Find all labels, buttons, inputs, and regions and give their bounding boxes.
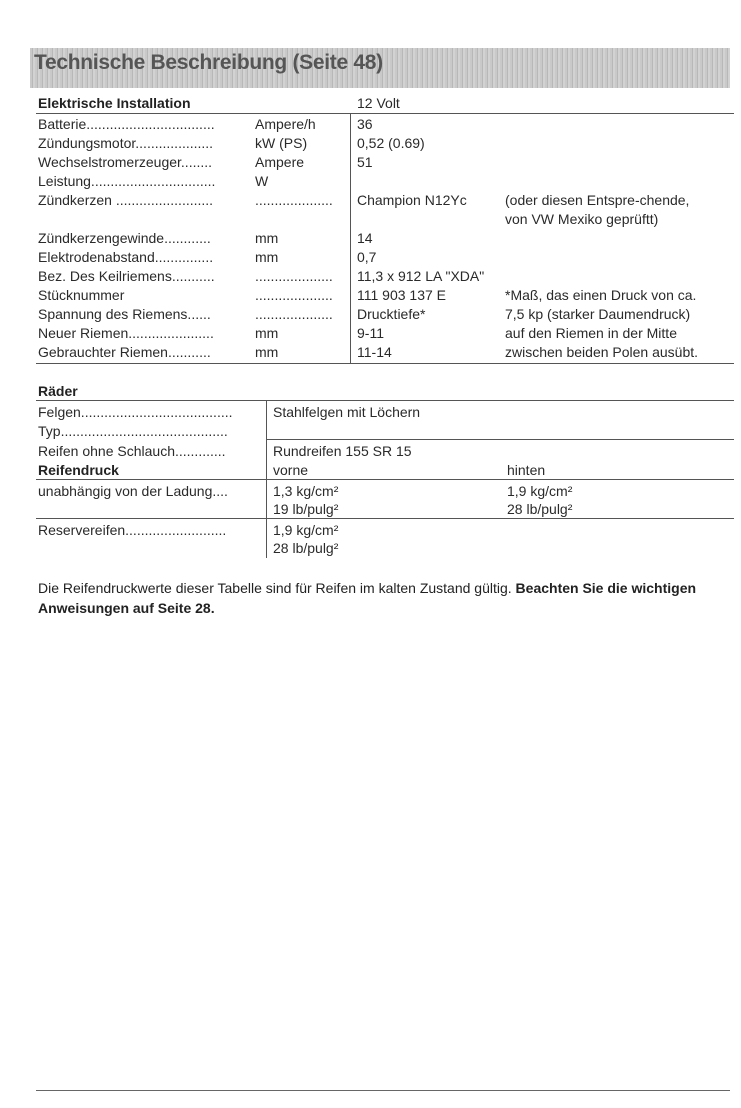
electrical-value: 111 903 137 E bbox=[357, 286, 446, 305]
electrical-value: 9-11 bbox=[357, 324, 384, 343]
rear-label: hinten bbox=[507, 461, 545, 480]
footer-rule bbox=[36, 1090, 730, 1091]
wheels-heading: Räder bbox=[38, 382, 78, 401]
divider bbox=[36, 479, 734, 480]
electrical-value: 11,3 x 912 LA "XDA" bbox=[357, 267, 484, 286]
electrical-note: (oder diesen Entspre-chende, bbox=[505, 191, 689, 210]
electrical-label: Spannung des Riemens...... bbox=[38, 305, 211, 324]
electrical-unit: kW (PS) bbox=[255, 134, 307, 153]
section-banner: Technische Beschreibung (Seite 48) bbox=[30, 48, 730, 88]
divider bbox=[350, 113, 351, 363]
electrical-unit: mm bbox=[255, 343, 278, 362]
front-kg: 1,3 kg/cm² bbox=[273, 482, 338, 501]
electrical-unit: mm bbox=[255, 229, 278, 248]
electrical-value: Champion N12Yc bbox=[357, 191, 467, 210]
electrical-unit: Ampere bbox=[255, 153, 304, 172]
typ-label: Typ.....................................… bbox=[38, 422, 228, 441]
felgen-value: Stahlfelgen mit Löchern bbox=[273, 403, 420, 422]
electrical-unit: Ampere/h bbox=[255, 115, 316, 134]
page-title: Technische Beschreibung (Seite 48) bbox=[34, 51, 383, 75]
electrical-note: auf den Riemen in der Mitte bbox=[505, 324, 677, 343]
electrical-value: 11-14 bbox=[357, 343, 392, 362]
spare-lb: 28 lb/pulg² bbox=[273, 539, 338, 558]
electrical-value: 36 bbox=[357, 115, 373, 134]
divider bbox=[36, 400, 734, 401]
load-label: unabhängig von der Ladung.... bbox=[38, 482, 228, 501]
electrical-label: Bez. Des Keilriemens........... bbox=[38, 267, 215, 286]
rear-kg: 1,9 kg/cm² bbox=[507, 482, 572, 501]
electrical-label: Stücknummer bbox=[38, 286, 124, 305]
electrical-unit: mm bbox=[255, 248, 278, 267]
rear-lb: 28 lb/pulg² bbox=[507, 500, 572, 519]
electrical-label: Elektrodenabstand............... bbox=[38, 248, 213, 267]
footnote-normal: Die Reifendruckwerte dieser Tabelle sind… bbox=[38, 580, 516, 596]
electrical-value: 0,7 bbox=[357, 248, 376, 267]
electrical-label: Zündkerzen ......................... bbox=[38, 191, 213, 210]
voltage-value: 12 Volt bbox=[357, 94, 400, 113]
electrical-label: Wechselstromerzeuger........ bbox=[38, 153, 212, 172]
electrical-label: Leistung................................ bbox=[38, 172, 215, 191]
electrical-label: Neuer Riemen...................... bbox=[38, 324, 214, 343]
electrical-note: von VW Mexiko geprüftt) bbox=[505, 210, 658, 229]
electrical-note: 7,5 kp (starker Daumendruck) bbox=[505, 305, 690, 324]
electrical-unit: .................... bbox=[255, 286, 333, 305]
divider bbox=[266, 439, 734, 440]
reifen-value: Rundreifen 155 SR 15 bbox=[273, 442, 412, 461]
electrical-value: 51 bbox=[357, 153, 373, 172]
electrical-label: Batterie................................… bbox=[38, 115, 215, 134]
front-lb: 19 lb/pulg² bbox=[273, 500, 338, 519]
divider bbox=[36, 518, 734, 519]
electrical-label: Zündkerzengewinde............ bbox=[38, 229, 211, 248]
electrical-unit: .................... bbox=[255, 267, 333, 286]
electrical-label: Zündungsmotor.................... bbox=[38, 134, 213, 153]
pressure-heading: Reifendruck bbox=[38, 461, 119, 480]
divider bbox=[36, 363, 734, 364]
reifen-label: Reifen ohne Schlauch............. bbox=[38, 442, 226, 461]
footnote: Die Reifendruckwerte dieser Tabelle sind… bbox=[38, 578, 728, 618]
electrical-value: Drucktiefe* bbox=[357, 305, 425, 324]
electrical-note: zwischen beiden Polen ausübt. bbox=[505, 343, 698, 362]
electrical-unit: W bbox=[255, 172, 268, 191]
electrical-label: Gebrauchter Riemen........... bbox=[38, 343, 211, 362]
electrical-unit: mm bbox=[255, 324, 278, 343]
electrical-value: 14 bbox=[357, 229, 373, 248]
electrical-note: *Maß, das einen Druck von ca. bbox=[505, 286, 696, 305]
electrical-value: 0,52 (0.69) bbox=[357, 134, 425, 153]
divider bbox=[36, 113, 734, 114]
electrical-heading: Elektrische Installation bbox=[38, 94, 191, 113]
spare-label: Reservereifen.......................... bbox=[38, 521, 226, 540]
electrical-unit: .................... bbox=[255, 191, 333, 210]
spare-kg: 1,9 kg/cm² bbox=[273, 521, 338, 540]
front-label: vorne bbox=[273, 461, 308, 480]
felgen-label: Felgen..................................… bbox=[38, 403, 233, 422]
electrical-unit: .................... bbox=[255, 305, 333, 324]
